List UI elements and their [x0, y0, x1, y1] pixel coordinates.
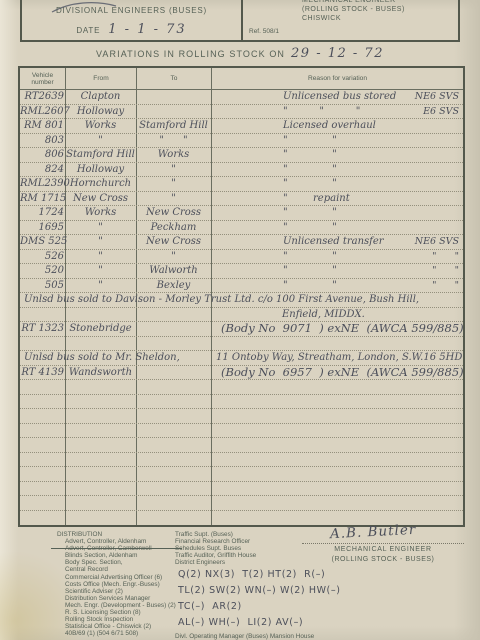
- reason-cell: " ": [211, 148, 463, 162]
- scanned-form-page: DIVISIONAL ENGINEERS (BUSES) DATE1 - 1 -…: [0, 0, 480, 640]
- allocation-codes: Q(2) NX(3) T(2) HT(2) R(–)TL(2) SW(2) WN…: [178, 567, 341, 631]
- note-text: Unlsd bus sold to Davison - Morley Trust…: [24, 293, 419, 306]
- distribution-item: Costs Office (Mech. Engr.-Buses): [57, 581, 176, 588]
- allocation-code: " ": [432, 279, 459, 292]
- reason-cell: [211, 337, 463, 351]
- header-divider: [241, 0, 243, 40]
- reason-cell: [211, 438, 463, 452]
- table-row: 1695"Peckham" ": [20, 221, 463, 236]
- reason-text: " " ": [283, 105, 360, 118]
- department-block: MECHANICAL ENGINEER (ROLLING STOCK - BUS…: [302, 0, 405, 23]
- to-cell: [137, 409, 210, 423]
- table-row: [20, 467, 463, 482]
- vehicle-cell: RT 1323: [20, 322, 64, 336]
- table-row: [20, 409, 463, 424]
- vehicle-cell: [20, 395, 64, 409]
- vehicle-cell: [20, 409, 64, 423]
- from-cell: ": [66, 264, 135, 278]
- table-row: [20, 395, 463, 410]
- vehicle-cell: [20, 337, 64, 351]
- reason-cell: [211, 453, 463, 467]
- distribution-item: Scientific Adviser (2): [57, 588, 176, 595]
- distribution-block: DISTRIBUTION Advert, Controller, Aldenha…: [57, 531, 176, 637]
- table-row: RT2639ClaptonUnlicensed bus storedNE6 SV…: [20, 90, 463, 105]
- table-body: RT2639ClaptonUnlicensed bus storedNE6 SV…: [20, 90, 463, 525]
- column-header-from: From: [66, 68, 136, 90]
- reason-cell: Unlicensed bus storedNE6 SVS: [211, 90, 463, 104]
- allocation-code: " ": [432, 250, 459, 263]
- vehicle-cell: 824: [20, 163, 64, 177]
- from-cell: Works: [66, 206, 135, 220]
- from-cell: [66, 424, 135, 438]
- column-header-reason: Reason for variation: [212, 68, 463, 90]
- reason-cell: " "" ": [211, 250, 463, 264]
- reason-text: " ": [283, 206, 337, 219]
- from-cell: [66, 467, 135, 481]
- distribution-item: Mech. Engr. (Development - Buses) (2): [57, 602, 176, 609]
- table-row: 526""" "" ": [20, 250, 463, 265]
- distribution-item: Rolling Stock Inspection: [57, 616, 176, 623]
- table-row: [20, 438, 463, 453]
- signatory-department: (ROLLING STOCK - BUSES): [302, 556, 464, 563]
- rolling-stock-table: Vehicle number From To Reason for variat…: [18, 66, 465, 527]
- reason-cell: " ": [211, 163, 463, 177]
- vehicle-cell: RM 801: [20, 119, 64, 133]
- allocation-code-line: AL(–) WH(–) LI(2) AV(–): [178, 615, 341, 631]
- table-row: DMS 525"New CrossUnlicensed transferNE6 …: [20, 235, 463, 250]
- to-cell: [137, 366, 210, 380]
- table-row: 803"" "" ": [20, 134, 463, 149]
- vehicle-cell: [20, 453, 64, 467]
- reason-text: " ": [283, 250, 337, 263]
- reason-cell: " "" ": [211, 264, 463, 278]
- reason-cell: " repaint: [211, 192, 463, 206]
- from-cell: [66, 409, 135, 423]
- distribution-title: DISTRIBUTION: [57, 531, 176, 538]
- table-row: RT 4139Wandsworth(Body No 6957 ) exNE (A…: [20, 366, 463, 381]
- table-row: RM 801WorksStamford HillLicensed overhau…: [20, 119, 463, 134]
- table-row: [20, 424, 463, 439]
- reason-text: Licensed overhaul: [283, 119, 376, 132]
- reason-text: " ": [283, 163, 337, 176]
- reason-cell: [211, 380, 463, 394]
- to-cell: Peckham: [137, 221, 210, 235]
- date-label: DATE: [76, 26, 100, 35]
- table-row: 806Stamford HillWorks" ": [20, 148, 463, 163]
- from-cell: [66, 453, 135, 467]
- form-header-box: DIVISIONAL ENGINEERS (BUSES) DATE1 - 1 -…: [20, 0, 460, 42]
- table-row: 520"Walworth" "" ": [20, 264, 463, 279]
- allocation-code-line: Q(2) NX(3) T(2) HT(2) R(–): [178, 567, 341, 583]
- from-cell: New Cross: [66, 192, 135, 206]
- reason-cell: [211, 482, 463, 496]
- table-row: Enfield, MIDDX.: [20, 308, 463, 323]
- from-cell: Clapton: [66, 90, 135, 104]
- vehicle-cell: 803: [20, 134, 64, 148]
- from-cell: [66, 496, 135, 510]
- vehicle-cell: RML2607: [20, 105, 64, 119]
- to-cell: [137, 424, 210, 438]
- to-cell: [137, 482, 210, 496]
- from-cell: ": [66, 279, 135, 293]
- allocation-code-line: TL(2) SW(2) WN(–) W(2) HW(–): [178, 583, 341, 599]
- distribution-list-right: Traffic Supt. (Buses)Financial Research …: [175, 531, 256, 566]
- from-cell: ": [66, 235, 135, 249]
- from-cell: [66, 380, 135, 394]
- to-cell: New Cross: [137, 235, 210, 249]
- table-header-row: Vehicle number From To Reason for variat…: [20, 68, 463, 90]
- from-cell: [66, 511, 135, 525]
- form-title-text: VARIATIONS IN ROLLING STOCK ON: [96, 49, 285, 59]
- reason-cell: " " "E6 SVS: [211, 105, 463, 119]
- table-row: 824Holloway"" ": [20, 163, 463, 178]
- reason-cell: Unlicensed transferNE6 SVS: [211, 235, 463, 249]
- to-cell: [137, 467, 210, 481]
- reason-cell: " ": [211, 221, 463, 235]
- reason-cell: " ": [211, 177, 463, 191]
- signature-line: [302, 543, 464, 544]
- vehicle-cell: 1695: [20, 221, 64, 235]
- from-cell: Stamford Hill: [66, 148, 135, 162]
- reason-text: " repaint: [283, 192, 350, 205]
- to-cell: New Cross: [137, 206, 210, 220]
- from-cell: Holloway: [66, 105, 135, 119]
- reason-text: (Body No 6957 ) exNE (AWCA 599/885): [221, 365, 464, 379]
- form-title: VARIATIONS IN ROLLING STOCK ON29 - 12 - …: [0, 44, 480, 62]
- from-cell: ": [66, 221, 135, 235]
- vehicle-cell: RML2390: [20, 177, 64, 191]
- table-row: Unlsd bus sold to Davison - Morley Trust…: [20, 293, 463, 308]
- table-row: [20, 482, 463, 497]
- division-title: DIVISIONAL ENGINEERS (BUSES): [22, 6, 241, 15]
- reason-text: " ": [283, 221, 337, 234]
- to-cell: ": [137, 250, 210, 264]
- from-cell: [66, 337, 135, 351]
- distribution-item: Schedules Supt. Buses: [175, 545, 256, 552]
- distribution-item: Traffic Supt. (Buses): [175, 531, 256, 538]
- date-value: 1 - 1 - 73: [108, 22, 186, 37]
- to-cell: [137, 105, 210, 119]
- vehicle-cell: [20, 511, 64, 525]
- from-cell: ": [66, 134, 135, 148]
- to-cell: [137, 380, 210, 394]
- reason-cell: " ": [211, 206, 463, 220]
- from-cell: [66, 482, 135, 496]
- to-cell: " ": [137, 134, 210, 148]
- to-cell: ": [137, 177, 210, 191]
- from-cell: Holloway: [66, 163, 135, 177]
- reason-text: Unlicensed transfer: [283, 235, 384, 248]
- vehicle-cell: RT 4139: [20, 366, 64, 380]
- column-header-to: To: [137, 68, 211, 90]
- distribution-item: Central Record: [57, 566, 176, 573]
- column-header-vehicle: Vehicle number: [20, 68, 65, 90]
- to-cell: [137, 453, 210, 467]
- distribution-item: Financial Research Officer: [175, 538, 256, 545]
- vehicle-cell: 526: [20, 250, 64, 264]
- department-line: CHISWICK: [302, 14, 405, 23]
- vehicle-cell: RM 1715: [20, 192, 64, 206]
- reason-cell: [211, 395, 463, 409]
- to-cell: [137, 322, 210, 336]
- distribution-item: Body Spec. Section,: [57, 559, 176, 566]
- table-row: RML2390Hornchurch"" ": [20, 177, 463, 192]
- reason-text: " ": [283, 134, 337, 147]
- reason-text: " ": [283, 177, 337, 190]
- to-cell: [137, 511, 210, 525]
- note-text: Enfield, MIDDX.: [282, 308, 365, 321]
- reference-number: Ref. 508/1: [249, 28, 279, 35]
- vehicle-cell: [20, 380, 64, 394]
- date-line: DATE1 - 1 - 73: [22, 22, 241, 37]
- distribution-list-left: Advert, Controller, AldenhamAdvert, Cont…: [57, 538, 176, 637]
- from-cell: ": [66, 250, 135, 264]
- vehicle-cell: [20, 496, 64, 510]
- department-line: (ROLLING STOCK - BUSES): [302, 5, 405, 14]
- to-cell: [137, 395, 210, 409]
- distribution-item: R. S. Licensing Section (8): [57, 609, 176, 616]
- distribution-item: 40B/69 (1) (504 6/71 508): [57, 630, 176, 637]
- vehicle-cell: [20, 438, 64, 452]
- to-cell: Stamford Hill: [137, 119, 210, 133]
- reason-cell: [211, 409, 463, 423]
- table-row: RT 1323Stonebridge(Body No 9071 ) exNE (…: [20, 322, 463, 337]
- table-row: 505"Bexley" "" ": [20, 279, 463, 294]
- vehicle-cell: 806: [20, 148, 64, 162]
- table-row: Unlsd bus sold to Mr. Sheldon,11 Ontoby …: [20, 351, 463, 366]
- reason-cell: Licensed overhaul: [211, 119, 463, 133]
- reason-cell: " "" ": [211, 279, 463, 293]
- reason-cell: [211, 467, 463, 481]
- from-cell: Works: [66, 119, 135, 133]
- reason-cell: (Body No 9071 ) exNE (AWCA 599/885): [211, 322, 463, 336]
- vehicle-cell: DMS 525: [20, 235, 64, 249]
- allocation-code: " ": [432, 264, 459, 277]
- reason-cell: (Body No 6957 ) exNE (AWCA 599/885): [211, 366, 463, 380]
- distribution-item: Advert, Controller, Camberwell: [57, 545, 176, 552]
- reason-cell: [211, 424, 463, 438]
- note-text: 11 Ontoby Way, Streatham, London, S.W.16…: [216, 351, 462, 364]
- reason-text: " ": [283, 279, 337, 292]
- to-cell: ": [137, 192, 210, 206]
- from-cell: [66, 395, 135, 409]
- distribution-item: Statistical Office - Chiswick (2): [57, 623, 176, 630]
- divisional-operating-manager-line: Divl. Operating Manager (Buses) Mansion …: [175, 633, 314, 640]
- from-cell: Hornchurch: [66, 177, 135, 191]
- to-cell: [137, 438, 210, 452]
- form-title-date: 29 - 12 - 72: [291, 46, 384, 61]
- to-cell: ": [137, 163, 210, 177]
- to-cell: Bexley: [137, 279, 210, 293]
- distribution-item: Traffic Auditor, Griffith House: [175, 552, 256, 559]
- vehicle-cell: [20, 482, 64, 496]
- to-cell: Walworth: [137, 264, 210, 278]
- note-text: Unlsd bus sold to Mr. Sheldon,: [24, 351, 180, 364]
- vehicle-cell: 520: [20, 264, 64, 278]
- vehicle-cell: [20, 467, 64, 481]
- table-row: [20, 337, 463, 352]
- table-row: [20, 453, 463, 468]
- from-cell: Wandsworth: [66, 366, 135, 380]
- from-cell: Stonebridge: [66, 322, 135, 336]
- to-cell: [137, 90, 210, 104]
- reason-text: " ": [283, 264, 337, 277]
- reason-cell: " ": [211, 134, 463, 148]
- to-cell: Works: [137, 148, 210, 162]
- distribution-item: Commercial Advertising Officer (6): [57, 574, 176, 581]
- table-row: RM 1715New Cross"" repaint: [20, 192, 463, 207]
- reason-cell: [211, 496, 463, 510]
- distribution-item: Distribution Services Manager: [57, 595, 176, 602]
- table-row: RML2607Holloway" " "E6 SVS: [20, 105, 463, 120]
- reason-cell: [211, 511, 463, 525]
- table-row: [20, 380, 463, 395]
- reason-text: " ": [283, 148, 337, 161]
- allocation-code-line: TC(–) AR(2): [178, 599, 341, 615]
- to-cell: [137, 496, 210, 510]
- vehicle-cell: 505: [20, 279, 64, 293]
- signatory-title: MECHANICAL ENGINEER: [302, 546, 464, 553]
- allocation-code: NE6 SVS: [415, 235, 459, 248]
- table-row: [20, 496, 463, 511]
- allocation-code: NE6 SVS: [415, 90, 459, 103]
- vehicle-cell: [20, 424, 64, 438]
- vehicle-cell: 1724: [20, 206, 64, 220]
- distribution-item: District Engineers: [175, 559, 256, 566]
- reason-text: (Body No 9071 ) exNE (AWCA 599/885): [221, 321, 464, 335]
- reason-text: Unlicensed bus stored: [283, 90, 396, 103]
- from-cell: [66, 438, 135, 452]
- vehicle-cell: RT2639: [20, 90, 64, 104]
- allocation-code: E6 SVS: [423, 105, 459, 118]
- table-row: 1724WorksNew Cross" ": [20, 206, 463, 221]
- to-cell: [137, 337, 210, 351]
- table-row: [20, 511, 463, 526]
- distribution-item: Blinds Section, Aldenham: [57, 552, 176, 559]
- distribution-item: Advert, Controller, Aldenham: [57, 538, 176, 545]
